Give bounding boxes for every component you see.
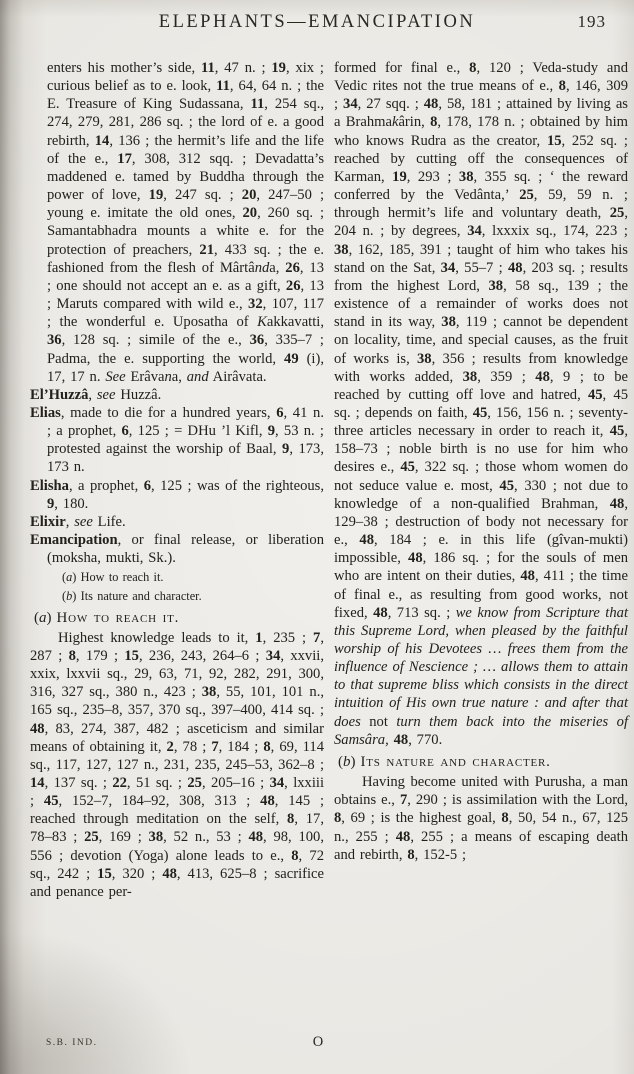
section-subhead-b: (b) Its nature and character. — [334, 753, 628, 771]
outline-item-b: (b) Its nature and character. — [30, 589, 324, 605]
index-entry-elias: Elias, made to die for a hundred years, … — [30, 404, 324, 477]
section-subhead-a: (a) How to reach it. — [30, 609, 324, 627]
running-head: ELEPHANTS—EMANCIPATION — [0, 12, 634, 33]
index-paragraph-how-to-reach-it: Highest knowledge leads to it, 1, 235 ; … — [30, 629, 324, 901]
index-entry-elisha: Elisha, a prophet, 6, 125 ; was of the r… — [30, 477, 324, 513]
book-page-scan: ELEPHANTS—EMANCIPATION 193 enters his mo… — [0, 0, 634, 1074]
index-entry-elixir: Elixir, see Life. — [30, 513, 324, 531]
printer-signature: S.B. IND. — [46, 1038, 98, 1048]
index-entry-el-huzza: El’Huzzâ, see Huzzâ. — [30, 386, 324, 404]
index-entry-emancipation: Emancipation, or final release, or liber… — [30, 531, 324, 567]
outline-item-a: (a) How to reach it. — [30, 570, 324, 586]
left-column: enters his mother’s side, 11, 47 n. ; 19… — [30, 59, 324, 901]
index-paragraph-how-to-reach-it-continued: formed for final e., 8, 120 ; Veda-study… — [334, 59, 628, 749]
index-paragraph-its-nature: Having become united with Purusha, a man… — [334, 773, 628, 864]
index-entry-continuation-elephants: enters his mother’s side, 11, 47 n. ; 19… — [30, 59, 324, 386]
page-number: 193 — [578, 12, 607, 32]
sheet-signature-letter: O — [303, 1034, 333, 1051]
right-column: formed for final e., 8, 120 ; Veda-study… — [334, 59, 628, 864]
